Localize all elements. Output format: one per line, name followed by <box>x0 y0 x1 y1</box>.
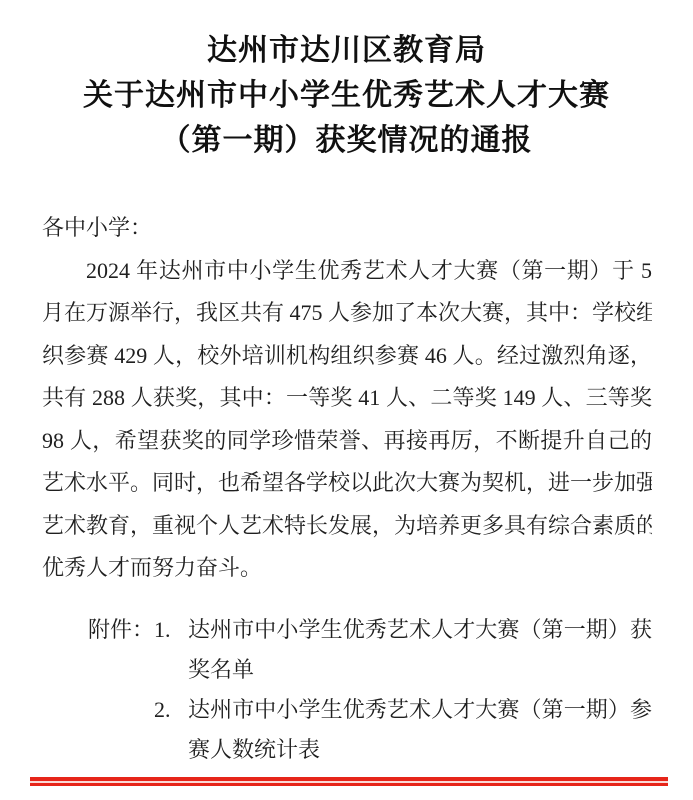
attachment-item-row: 2.达州市中小学生优秀艺术人才大赛（第一期）参 <box>88 690 652 730</box>
document-body: 各中小学： 2024 年达州市中小学生优秀艺术人才大赛（第一期）于 5月在万源举… <box>42 207 652 590</box>
attachment-section: 附件：1.达州市中小学生优秀艺术人才大赛（第一期）获奖名单2.达州市中小学生优秀… <box>88 610 652 770</box>
title-line: 达州市达川区教育局 <box>0 28 693 73</box>
attachment-item-text: 达州市中小学生优秀艺术人才大赛（第一期）参 <box>188 690 652 730</box>
title-line: （第一期）获奖情况的通报 <box>0 118 693 163</box>
footer-rule-bottom-line <box>30 783 668 786</box>
body-line: 艺术教育，重视个人艺术特长发展，为培养更多具有综合素质的 <box>42 505 652 548</box>
footer-rule <box>30 777 668 786</box>
attachment-item-row: 附件：1.达州市中小学生优秀艺术人才大赛（第一期）获 <box>88 610 652 650</box>
attachment-label-spacer <box>88 690 154 730</box>
attachment-item-wrap-line: 赛人数统计表 <box>88 730 652 770</box>
attachment-label: 附件： <box>88 610 154 650</box>
attachment-item-wrap-line: 奖名单 <box>88 650 652 690</box>
body-line: 共有 288 人获奖，其中：一等奖 41 人、二等奖 149 人、三等奖 <box>42 377 652 420</box>
body-line: 98 人，希望获奖的同学珍惜荣誉、再接再厉，不断提升自己的 <box>42 420 652 463</box>
body-line: 2024 年达州市中小学生优秀艺术人才大赛（第一期）于 5 <box>42 250 652 293</box>
body-paragraph: 2024 年达州市中小学生优秀艺术人才大赛（第一期）于 5月在万源举行，我区共有… <box>42 250 652 590</box>
attachment-item-text: 达州市中小学生优秀艺术人才大赛（第一期）获 <box>188 610 652 650</box>
document-page: 达州市达川区教育局关于达州市中小学生优秀艺术人才大赛（第一期）获奖情况的通报 各… <box>0 0 693 800</box>
attachment-item-number: 2. <box>154 690 188 730</box>
title-line: 关于达州市中小学生优秀艺术人才大赛 <box>0 73 693 118</box>
attachment-item-number: 1. <box>154 610 188 650</box>
body-line: 艺术水平。同时，也希望各学校以此次大赛为契机，进一步加强 <box>42 462 652 505</box>
salutation: 各中小学： <box>42 207 652 250</box>
body-line: 优秀人才而努力奋斗。 <box>42 547 652 590</box>
document-title: 达州市达川区教育局关于达州市中小学生优秀艺术人才大赛（第一期）获奖情况的通报 <box>0 0 693 163</box>
body-line: 织参赛 429 人，校外培训机构组织参赛 46 人。经过激烈角逐， <box>42 335 652 378</box>
body-line: 月在万源举行，我区共有 475 人参加了本次大赛，其中：学校组 <box>42 292 652 335</box>
